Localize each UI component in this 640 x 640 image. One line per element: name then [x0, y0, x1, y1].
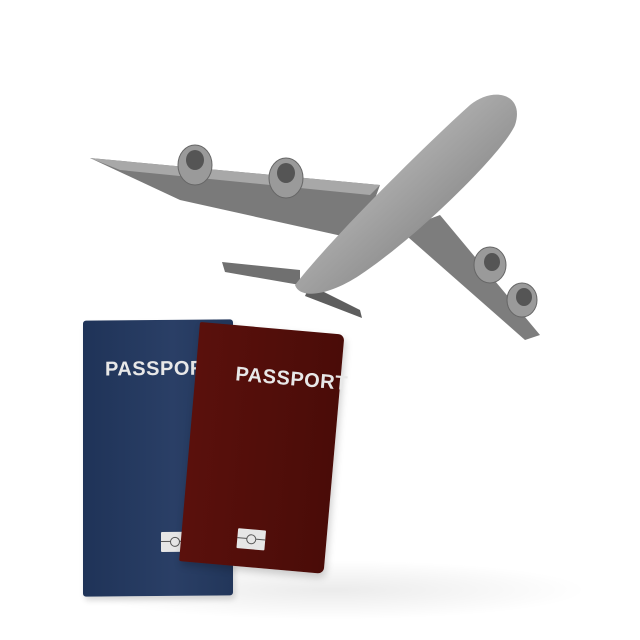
chip-icon: [236, 528, 266, 550]
scene: PASSPORT PASSPORT: [0, 0, 640, 640]
passport-red: PASSPORT: [179, 322, 344, 574]
passport-title: PASSPORT: [235, 363, 349, 396]
